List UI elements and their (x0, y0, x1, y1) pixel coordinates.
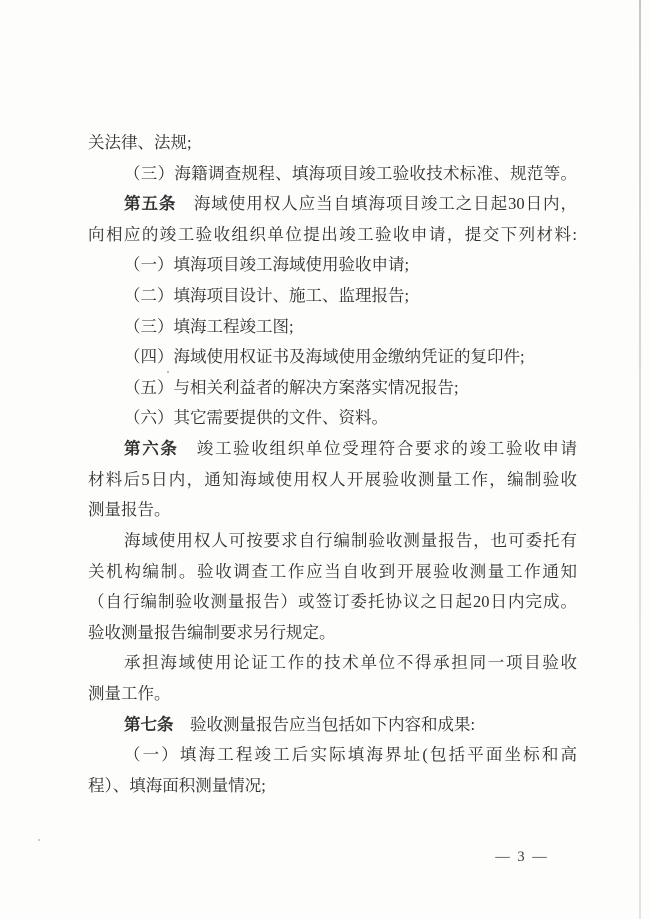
scanned-document-page: 关法律、法规;（三）海籍调查规程、填海项目竣工验收技术标准、规范等。第五条 海域… (0, 0, 650, 919)
line-text: （一）填海工程竣工后实际填海界址(包括平面坐标和高 (124, 745, 577, 764)
line-text: （三）填海工程竣工图; (124, 317, 294, 336)
line-text: 验收测量报告应当包括如下内容和成果: (174, 715, 476, 734)
line-text: （一）填海项目竣工海域使用验收申请; (124, 255, 409, 274)
line-text: 竣工验收组织单位受理符合要求的竣工验收申请 (179, 439, 577, 458)
text-line: （一）填海工程竣工后实际填海界址(包括平面坐标和高 (88, 740, 577, 771)
text-line: 关法律、法规; (88, 128, 577, 159)
scanner-edge-line (639, 0, 641, 919)
text-line: （一）填海项目竣工海域使用验收申请; (88, 250, 577, 281)
line-text: 程）、填海面积测量情况; (88, 776, 266, 795)
text-line: （自行编制验收测量报告）或签订委托协议之日起20日内完成。 (88, 587, 577, 618)
text-line: 海域使用权人可按要求自行编制验收测量报告，也可委托有 (88, 526, 577, 557)
text-line: 第五条 海域使用权人应当自填海项目竣工之日起30日内， (88, 189, 577, 220)
line-text: 测量报告。 (88, 500, 171, 519)
line-text: （自行编制验收测量报告）或签订委托协议之日起20日内完成。 (88, 592, 577, 611)
line-text: （三）海籍调查规程、填海项目竣工验收技术标准、规范等。 (124, 164, 577, 183)
text-line: （三）填海工程竣工图; (88, 312, 577, 343)
line-text: 向相应的竣工验收组织单位提出竣工验收申请，提交下列材料: (88, 225, 577, 244)
scan-speck (38, 839, 40, 841)
line-text: （四）海域使用权证书及海域使用金缴纳凭证的复印件; (124, 347, 525, 366)
text-line: （二）填海项目设计、施工、监理报告; (88, 281, 577, 312)
scan-speck (167, 371, 169, 373)
text-line: 测量工作。 (88, 679, 577, 710)
line-text: 关机构编制。验收调查工作应当自收到开展验收测量工作通知 (88, 562, 577, 581)
line-text: 关法律、法规; (88, 133, 192, 152)
text-line: 程）、填海面积测量情况; (88, 771, 577, 802)
text-line: 第七条 验收测量报告应当包括如下内容和成果: (88, 710, 577, 741)
line-text: 承担海域使用论证工作的技术单位不得承担同一项目验收 (124, 653, 577, 672)
text-line: 测量报告。 (88, 495, 577, 526)
text-line: 材料后5日内，通知海域使用权人开展验收测量工作，编制验收 (88, 465, 577, 496)
line-text: 测量工作。 (88, 684, 171, 703)
line-text: （五）与相关利益者的解决方案落实情况报告; (124, 378, 459, 397)
line-text: 海域使用权人应当自填海项目竣工之日起30日内， (176, 194, 577, 213)
line-text: 海域使用权人可按要求自行编制验收测量报告，也可委托有 (124, 531, 577, 550)
line-text: （六）其它需要提供的文件、资料。 (124, 408, 388, 427)
article-number-label: 第五条 (124, 194, 176, 213)
text-line: 向相应的竣工验收组织单位提出竣工验收申请，提交下列材料: (88, 220, 577, 251)
text-line: （四）海域使用权证书及海域使用金缴纳凭证的复印件; (88, 342, 577, 373)
text-line: （五）与相关利益者的解决方案落实情况报告; (88, 373, 577, 404)
article-number-label: 第六条 (124, 439, 179, 458)
line-text: 材料后5日内，通知海域使用权人开展验收测量工作，编制验收 (88, 470, 577, 489)
text-line: （三）海籍调查规程、填海项目竣工验收技术标准、规范等。 (88, 159, 577, 190)
article-number-label: 第七条 (124, 715, 174, 734)
text-line: 关机构编制。验收调查工作应当自收到开展验收测量工作通知 (88, 557, 577, 588)
text-line: 承担海域使用论证工作的技术单位不得承担同一项目验收 (88, 648, 577, 679)
text-line: 验收测量报告编制要求另行规定。 (88, 618, 577, 649)
text-line: 第六条 竣工验收组织单位受理符合要求的竣工验收申请 (88, 434, 577, 465)
line-text: 验收测量报告编制要求另行规定。 (88, 623, 336, 642)
document-body: 关法律、法规;（三）海籍调查规程、填海项目竣工验收技术标准、规范等。第五条 海域… (88, 128, 577, 801)
page-number: — 3 — (490, 849, 554, 866)
line-text: （二）填海项目设计、施工、监理报告; (124, 286, 409, 305)
text-line: （六）其它需要提供的文件、资料。 (88, 403, 577, 434)
